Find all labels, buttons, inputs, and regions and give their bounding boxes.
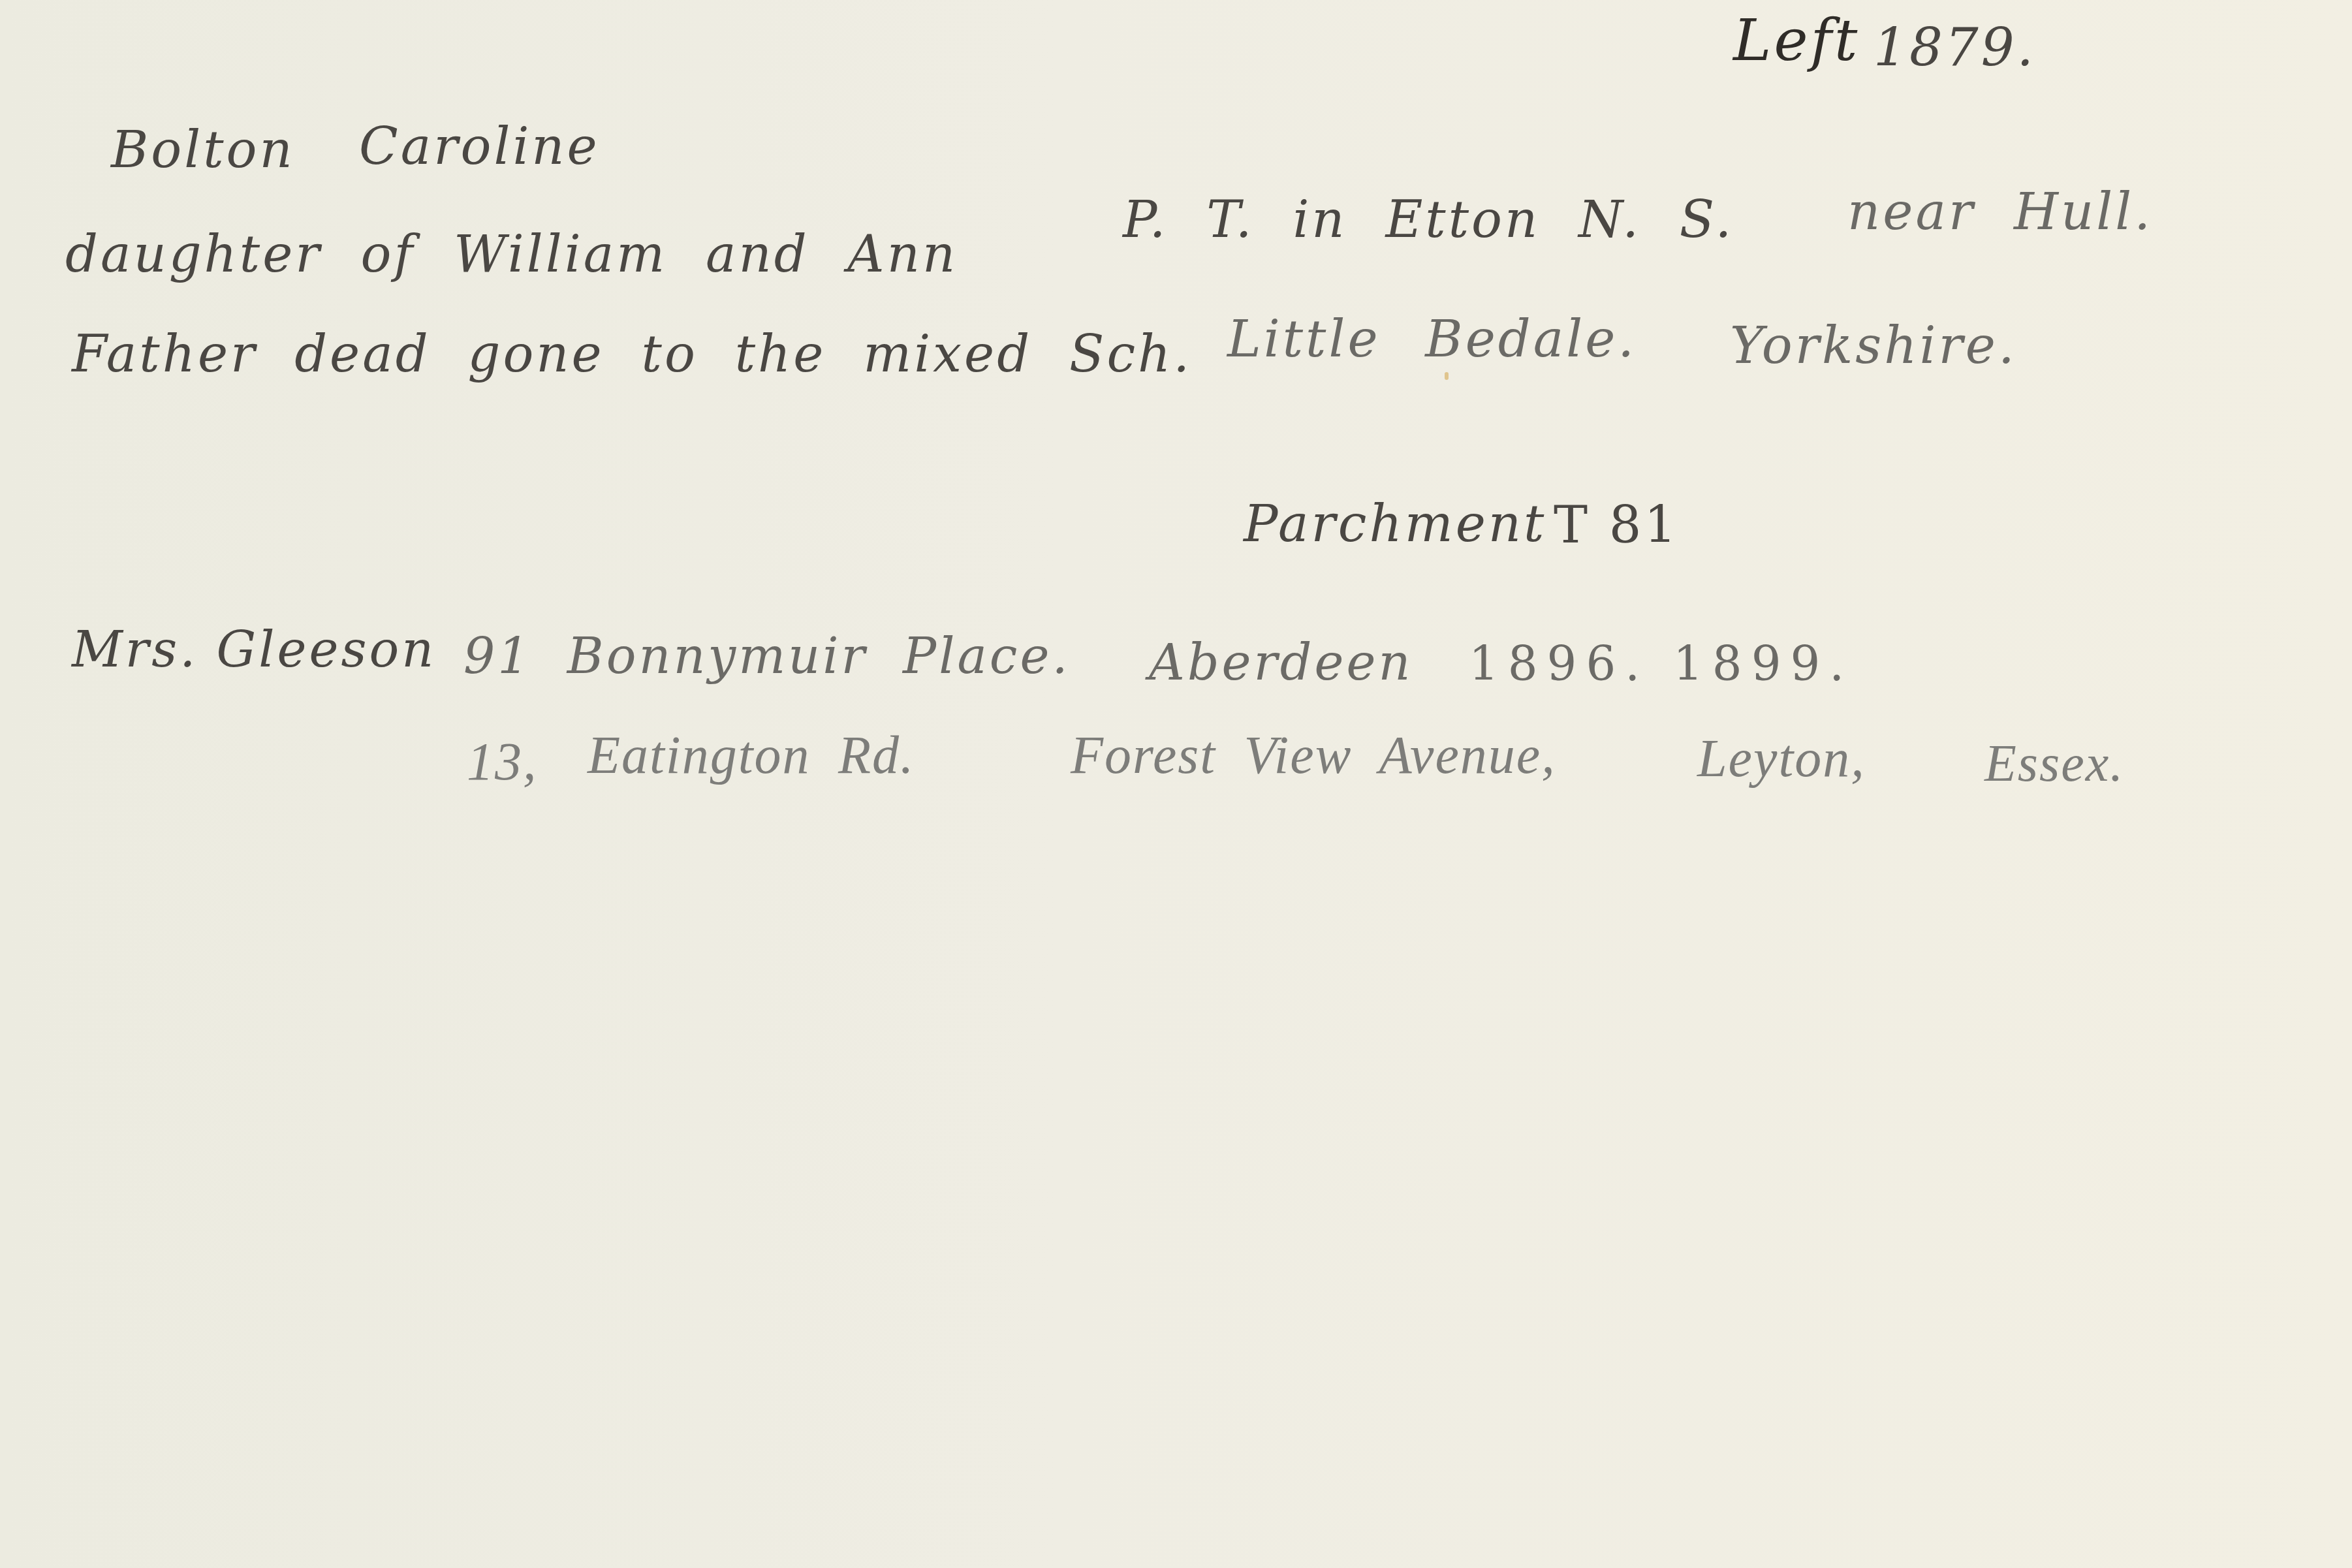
parchment-label: Parchment [1244,495,1546,554]
location-text: near Hull. [1847,183,2153,242]
status-text: Father dead gone to the mixed Sch. [72,325,1192,384]
parentage-text: daughter of William and Ann [65,225,958,284]
later-number: 13, [467,731,538,792]
married-name: Mrs. Gleeson [72,620,436,678]
ink-stain [1445,372,1449,380]
later-street: Eatington Rd. [588,725,915,786]
later-avenue: Forest View Avenue, [1071,725,1556,786]
married-address: 91 Bonnymuir Place. [463,627,1071,685]
index-card: Left 1879. Bolton Caroline daughter of W… [0,0,2352,1568]
later-town: Leyton, [1697,728,1866,789]
forename: Caroline [359,118,600,176]
training-text: P. T. in Etton N. S. [1123,191,1734,249]
left-year: 1879. [1874,17,2036,78]
married-city: Aberdeen [1149,633,1413,691]
parchment-ref: T 81 [1554,496,1679,555]
surname: Bolton [111,121,295,180]
later-county: Essex. [1984,734,2124,794]
left-label: Left [1733,7,1860,74]
status-county: Yorkshire. [1730,317,2017,375]
status-place: Little Bedale. [1227,310,1637,369]
married-years: 1896. 1899. [1469,636,1853,691]
